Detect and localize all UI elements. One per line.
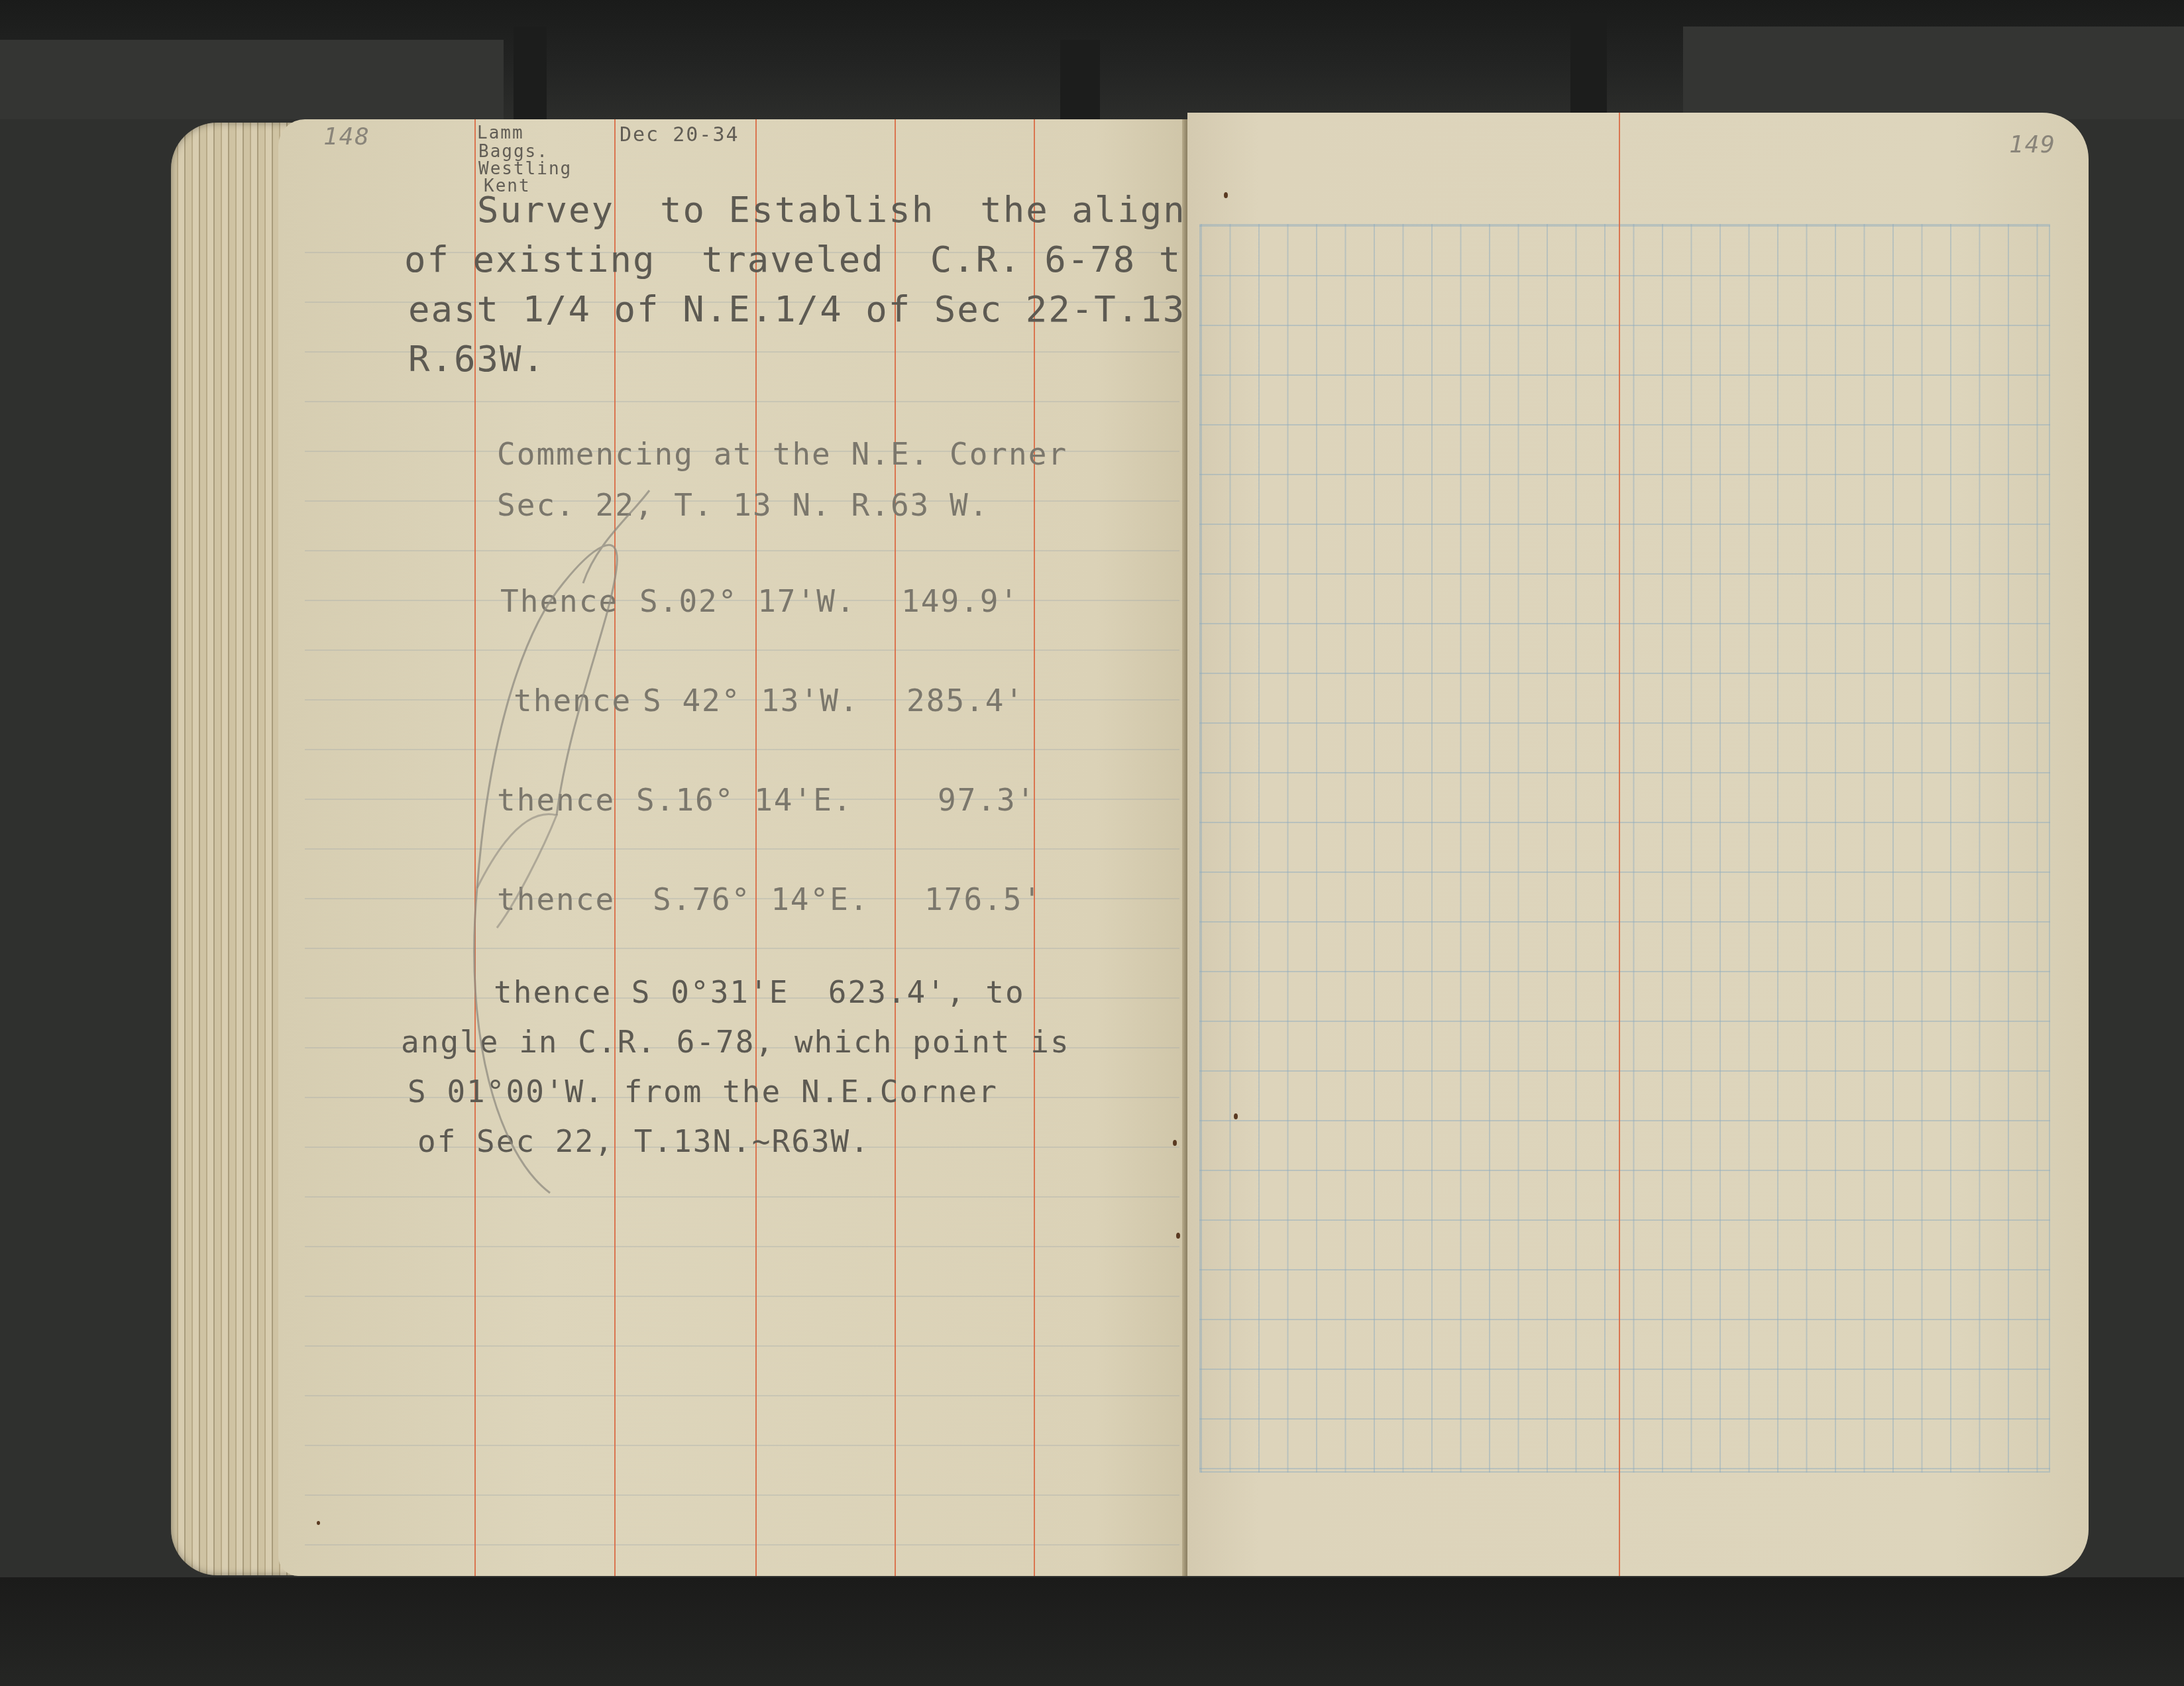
ruled-line: [305, 401, 1179, 402]
course-distance: 149.9': [901, 583, 1019, 619]
entry-date: Dec 20-34: [620, 126, 739, 144]
course-bearing: S.76° 14°E.: [653, 881, 869, 917]
course-word: thence: [514, 683, 631, 718]
graph-grid: [1199, 224, 2050, 1473]
commencing-line: Sec. 22, T. 13 N. R.63 W.: [497, 487, 989, 523]
page-number-right: 149: [2009, 131, 2056, 158]
ink-speck: [317, 1521, 320, 1525]
left-page[interactable]: 148 Lamm Baggs. Westling Kent Dec 20-34 …: [278, 119, 1187, 1576]
heading-line: R.63W.: [408, 338, 545, 380]
course-bearing: S 42° 13'W.: [643, 683, 859, 718]
ruled-line: [305, 1395, 1179, 1396]
ink-speck: [1176, 1233, 1180, 1239]
course-distance: 176.5': [924, 881, 1042, 917]
course-bearing: S.16° 14'E.: [636, 782, 853, 818]
course-word: Thence: [500, 583, 618, 619]
ruled-line: [305, 1445, 1179, 1446]
ruled-line: [305, 948, 1179, 949]
stand-post-center: [1060, 40, 1100, 119]
ruled-line: [305, 749, 1179, 750]
red-column-rule: [755, 119, 757, 1576]
red-column-rule: [1034, 119, 1035, 1576]
ruled-line: [305, 1296, 1179, 1297]
ruled-line: [305, 1246, 1179, 1247]
ruled-line: [305, 649, 1179, 651]
ink-speck: [1173, 1140, 1177, 1146]
ruled-line: [305, 550, 1179, 551]
red-column-rule: [614, 119, 616, 1576]
course-distance: 97.3': [938, 782, 1036, 818]
stand-panel-right: [1683, 27, 2184, 119]
right-page[interactable]: 149: [1187, 113, 2089, 1576]
closing-line: of Sec 22, T.13N.~R63W.: [417, 1123, 870, 1159]
heading-line: of existing traveled C.R. 6-78 thru: [404, 239, 1187, 280]
stand-post-left: [514, 27, 547, 119]
page-number-left: 148: [323, 123, 370, 150]
crew-name: Baggs.: [478, 143, 549, 161]
ruled-line: [305, 1544, 1179, 1545]
ink-speck: [1234, 1113, 1238, 1119]
stand-post-right: [1570, 13, 1607, 119]
crew-name: Westling: [478, 160, 572, 178]
heading-line: Survey to Establish the alignment: [477, 189, 1187, 231]
ruled-line: [305, 848, 1179, 850]
ruled-line: [305, 1196, 1179, 1198]
stand-panel-left: [0, 40, 504, 119]
course-word: thence: [497, 881, 615, 917]
closing-line: angle in C.R. 6-78, which point is: [401, 1024, 1070, 1060]
crew-name: Lamm: [477, 125, 524, 142]
course-distance: 285.4': [906, 683, 1024, 718]
closing-line: S 01°00'W. from the N.E.Corner: [408, 1074, 998, 1109]
closing-line: thence S 0°31'E 623.4', to: [494, 974, 1025, 1010]
course-bearing: S.02° 17'W.: [639, 583, 856, 619]
heading-line: east 1/4 of N.E.1/4 of Sec 22-T.13N.~: [408, 288, 1187, 330]
red-column-rule: [895, 119, 896, 1576]
ruled-line: [305, 1345, 1179, 1347]
background-bottom: [0, 1577, 2184, 1686]
ink-speck: [1224, 192, 1228, 198]
course-word: thence: [497, 782, 615, 818]
ruled-line: [305, 1494, 1179, 1496]
commencing-line: Commencing at the N.E. Corner: [497, 436, 1067, 472]
red-column-rule: [1619, 113, 1620, 1576]
